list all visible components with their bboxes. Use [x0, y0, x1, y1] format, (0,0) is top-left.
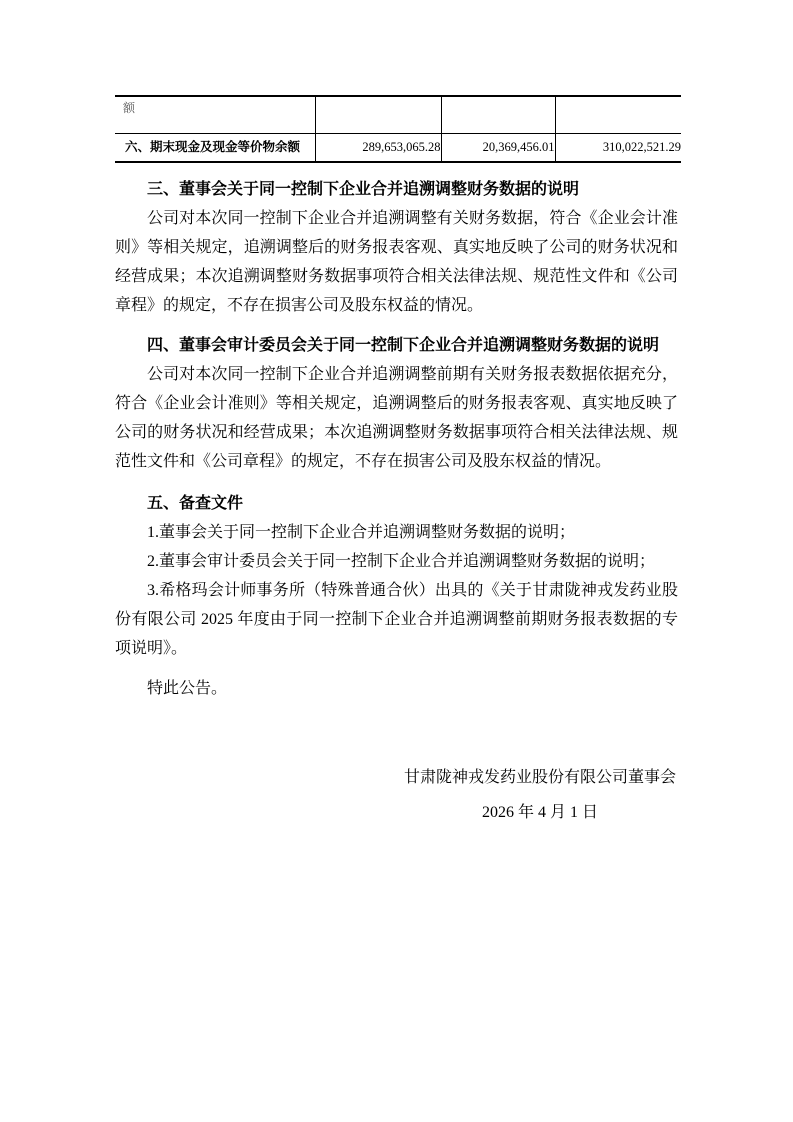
table-cell-ending-cash-label: 六、期末现金及现金等价物余额	[115, 134, 315, 163]
document-page: 额 六、期末现金及现金等价物余额 289,653,065.28 20,369,4…	[0, 0, 793, 1122]
section-board-paragraph: 公司对本次同一控制下企业合并追溯调整有关财务数据，符合《企业会计准则》等相关规定…	[115, 204, 678, 320]
section-board-heading: 三、董事会关于同一控制下企业合并追溯调整财务数据的说明	[115, 175, 678, 204]
reference-file-item-2: 2.董事会审计委员会关于同一控制下企业合并追溯调整财务数据的说明；	[115, 547, 678, 576]
table-row-carryover: 额	[115, 96, 681, 134]
table-cell-value-before: 289,653,065.28	[315, 134, 441, 163]
table-cell-empty-3	[555, 96, 681, 134]
signature-inner: 甘肃陇神戎发药业股份有限公司董事会 2026 年 4 月 1 日	[404, 763, 676, 827]
signature-block: 甘肃陇神戎发药业股份有限公司董事会 2026 年 4 月 1 日	[115, 763, 678, 827]
reference-file-item-3: 3.希格玛会计师事务所（特殊普通合伙）出具的《关于甘肃陇神戎发药业股份有限公司 …	[115, 576, 678, 663]
section-reference-files-heading: 五、备查文件	[115, 489, 678, 518]
table-row-ending-cash-balance: 六、期末现金及现金等价物余额 289,653,065.28 20,369,456…	[115, 134, 681, 163]
carryover-text: 额	[123, 101, 135, 115]
closing-statement: 特此公告。	[115, 674, 678, 703]
section-audit-committee-paragraph: 公司对本次同一控制下企业合并追溯调整前期有关财务报表数据依据充分，符合《企业会计…	[115, 360, 678, 476]
table-cell-carryover-label: 额	[115, 96, 315, 134]
signature-date: 2026 年 4 月 1 日	[404, 798, 676, 827]
table-cell-value-after: 310,022,521.29	[555, 134, 681, 163]
document-content: 额 六、期末现金及现金等价物余额 289,653,065.28 20,369,4…	[115, 95, 678, 827]
table-cell-value-adjustment: 20,369,456.01	[441, 134, 555, 163]
table-cell-empty-1	[315, 96, 441, 134]
cash-flow-table: 额 六、期末现金及现金等价物余额 289,653,065.28 20,369,4…	[115, 95, 681, 163]
table-cell-empty-2	[441, 96, 555, 134]
signature-company-name: 甘肃陇神戎发药业股份有限公司董事会	[404, 763, 676, 792]
reference-file-item-1: 1.董事会关于同一控制下企业合并追溯调整财务数据的说明；	[115, 518, 678, 547]
section-audit-committee-heading: 四、董事会审计委员会关于同一控制下企业合并追溯调整财务数据的说明	[115, 331, 678, 360]
